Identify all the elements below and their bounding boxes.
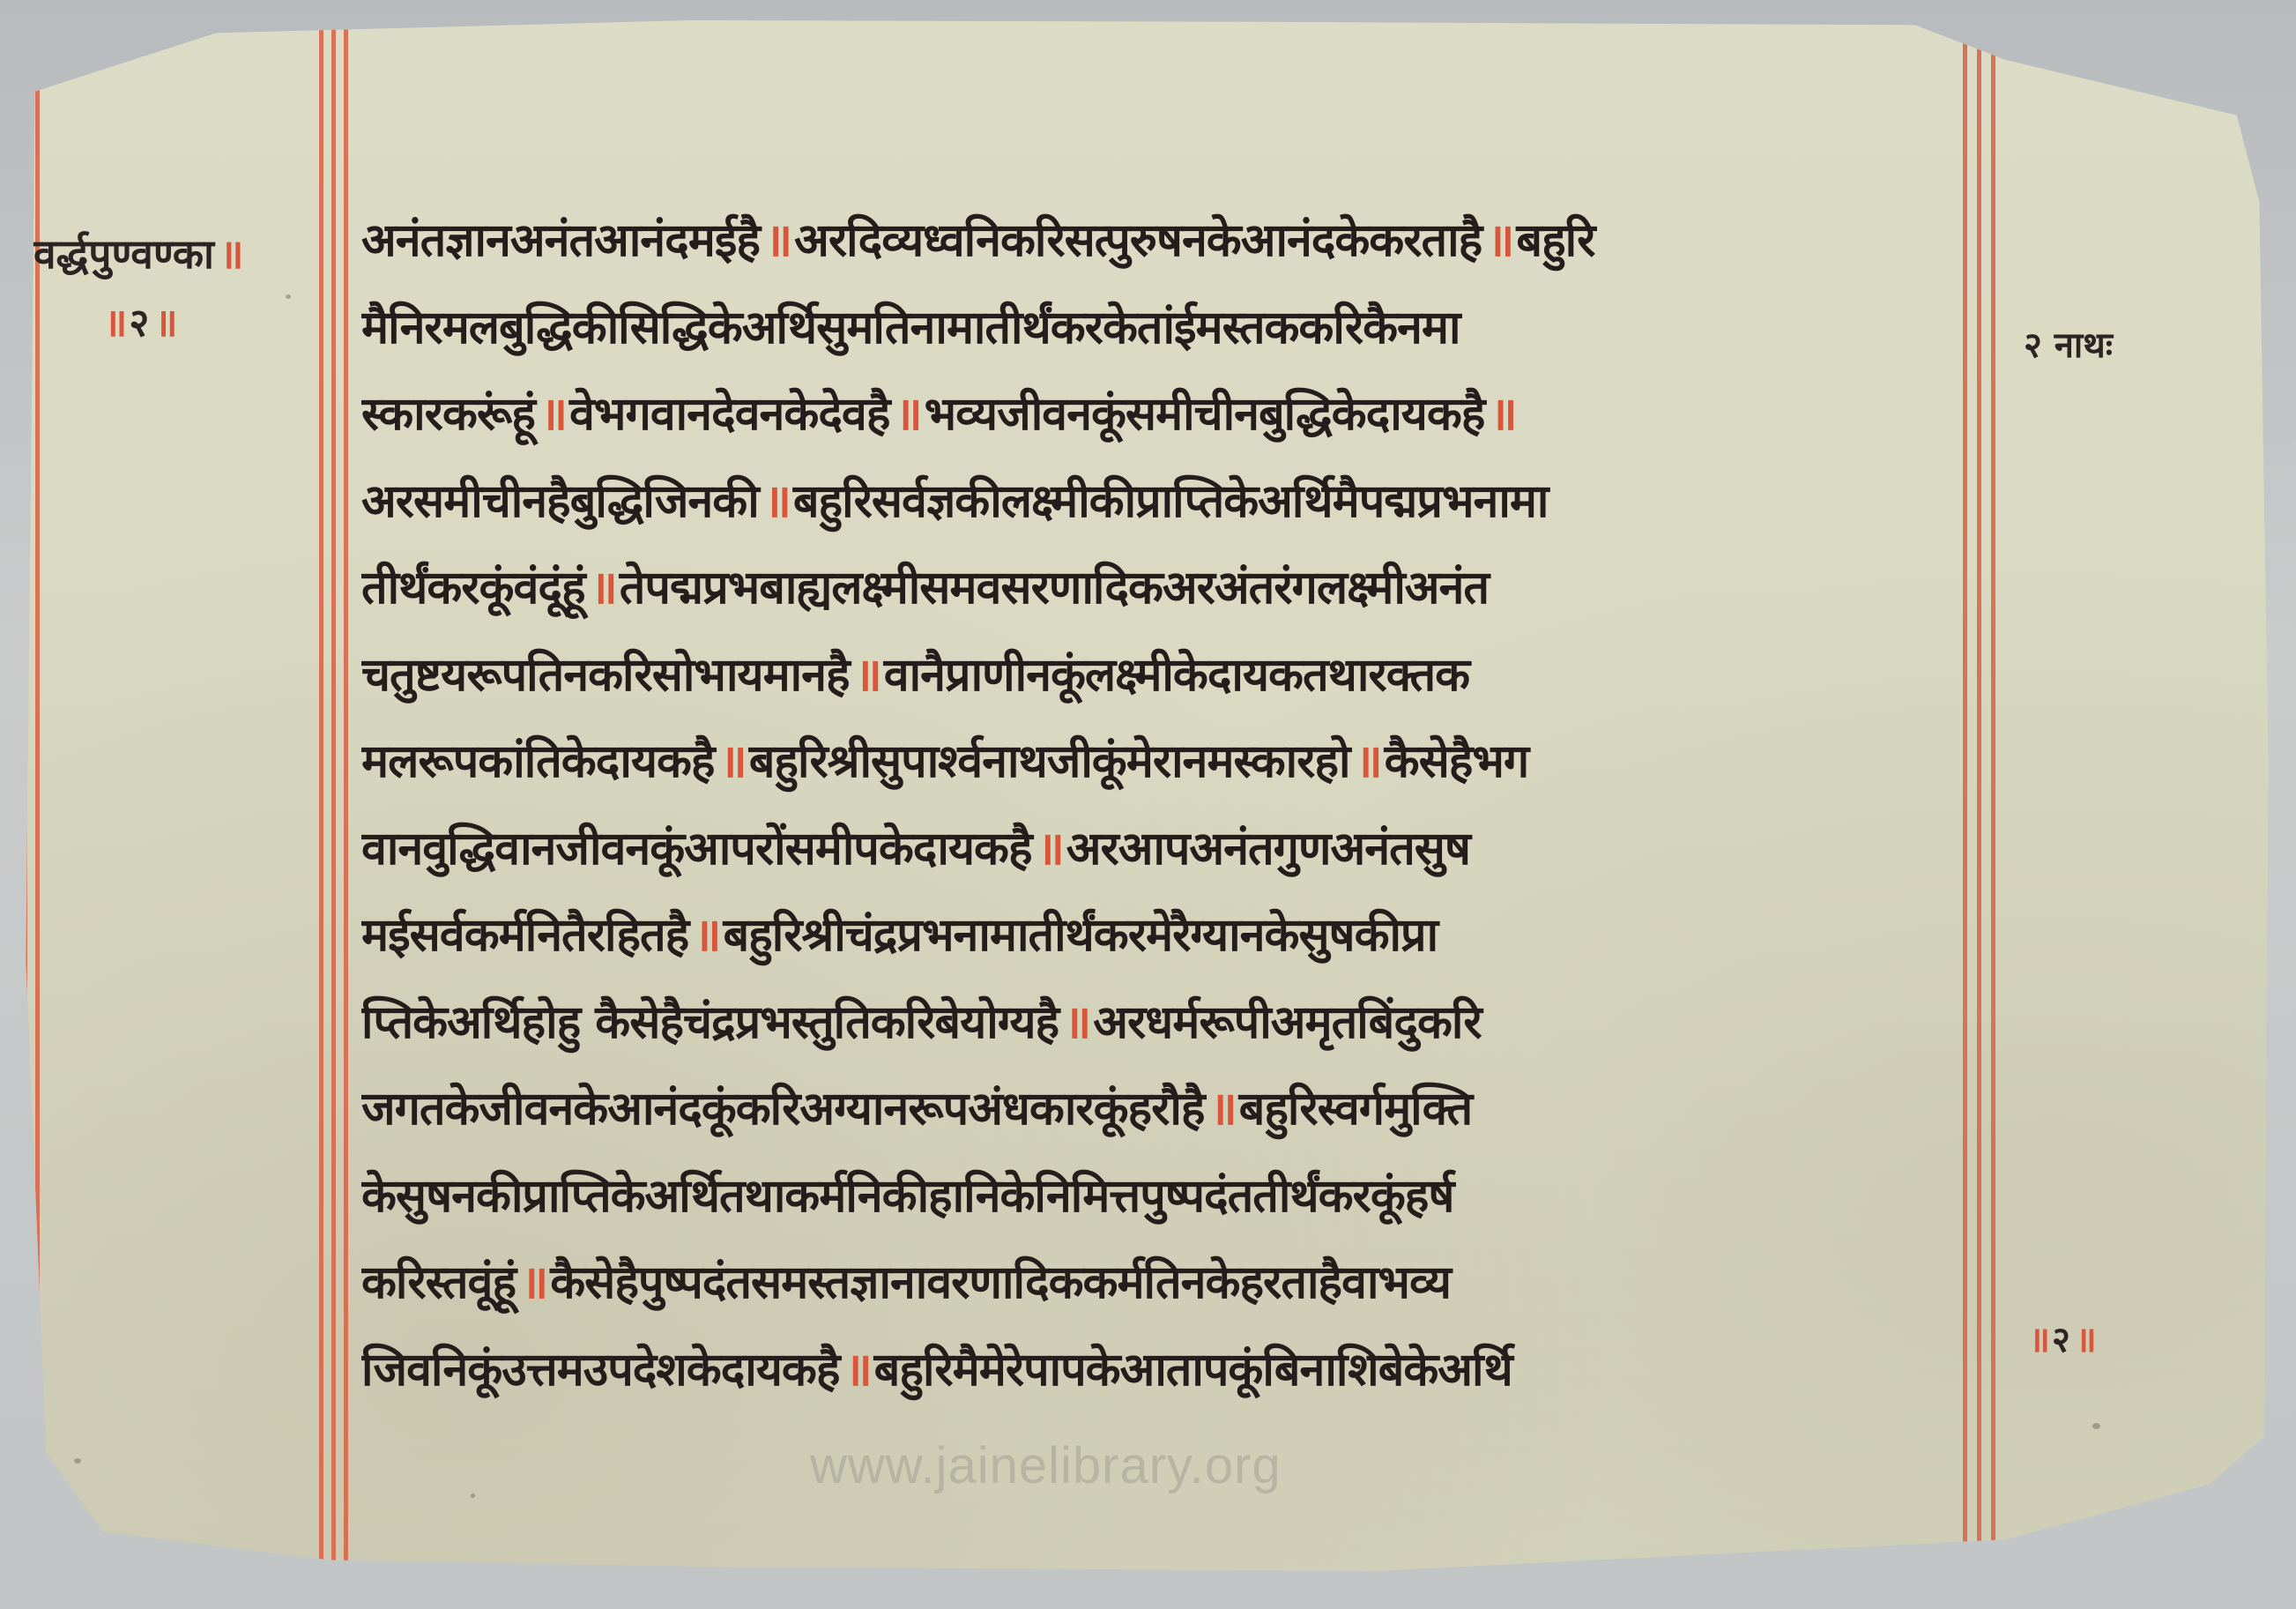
line-text: वानैप्राणीनकूंलक्ष्मीकेदायकतथारक्तक (884, 648, 1469, 702)
line-text: तेपद्मप्रभबाह्यलक्ष्मीसमवसरणादिकअरअंतरंग… (620, 561, 1489, 615)
line-text: चतुष्टयरूपतिनकरिसोभायमानहै (361, 648, 850, 702)
left-folio-number-text: २ (129, 301, 149, 346)
danda-mark: ॥ (99, 301, 129, 346)
line-text: जिवनिकूंउत्तमउपदेशकेदायकहै (361, 1343, 839, 1397)
danda-mark: ॥ (2024, 1319, 2052, 1360)
right-margin-folio-number: ॥२॥ (2024, 1314, 2099, 1362)
line-text: अरआपअनंतगुणअनंतसुष (1066, 822, 1470, 875)
line-text: कैसेहैभग (1385, 734, 1529, 788)
danda-mark: ॥ (214, 230, 246, 278)
line-text: मैनिरमलबुद्धिकीसिद्धिकेअर्थिसुमतिनामातीर… (361, 301, 1460, 354)
line-text: बहुरिस्वर्गमुक्ति (1239, 1082, 1473, 1136)
danda-mark: ॥ (149, 301, 179, 346)
danda-mark: ॥ (759, 474, 793, 528)
danda-mark: ॥ (535, 387, 569, 441)
danda-mark: ॥ (1032, 822, 1066, 875)
line-text: बहुरि (1516, 213, 1594, 267)
manuscript-line: मलरूपकांतिकेदायकहै॥बहुरिश्रीसुपार्श्वनाथ… (361, 719, 1994, 806)
line-text: भव्यजीवनकूंसमीचीनबुद्धिकेदायकहै (925, 387, 1485, 441)
danda-mark: ॥ (1204, 1082, 1238, 1136)
manuscript-line: अनंतज्ञानअनंतआनंदमईहै॥अरदिव्यध्वनिकरिसत्… (361, 197, 1994, 285)
left-text-ruling-1 (319, 12, 323, 1595)
danda-mark: ॥ (850, 648, 884, 702)
line-text: बहुरिश्रीसुपार्श्वनाथजीकूंमेरानमस्कारहो (749, 734, 1350, 788)
manuscript-line: मैनिरमलबुद्धिकीसिद्धिकेअर्थिसुमतिनामातीर… (361, 285, 1994, 372)
watermark: www.jainelibrary.org (810, 1436, 1282, 1495)
manuscript-line: जगतकेजीवनकेआनंदकूंकरिअग्यानरूपअंधकारकूंह… (361, 1066, 1994, 1153)
line-text: बहुरिसर्वज्ञकीलक्ष्मीकीप्राप्तिकेअर्थिमै… (793, 474, 1549, 528)
danda-mark: ॥ (1059, 995, 1093, 1049)
danda-mark: ॥ (1484, 387, 1519, 441)
danda-mark: ॥ (760, 213, 794, 267)
danda-mark: ॥ (2070, 1319, 2099, 1360)
line-text: कैसेहैपुष्पदंतसमस्तज्ञानावरणादिककर्मतिनक… (550, 1255, 1451, 1309)
danda-mark: ॥ (889, 387, 924, 441)
line-text: तीर्थंकरकूंवंदूंहूं (361, 561, 585, 615)
manuscript-line: करिस्तवूंहूं॥कैसेहैपुष्पदंतसमस्तज्ञानावर… (361, 1240, 1994, 1327)
danda-mark: ॥ (516, 1255, 550, 1309)
danda-mark: ॥ (839, 1343, 873, 1397)
paper-speck (74, 1458, 81, 1464)
manuscript-line: केसुषनकीप्राप्तिकेअर्थितथाकर्मनिकीहानिके… (361, 1153, 1994, 1240)
line-text: वानवुद्धिवानजीवनकूंआपरोंसमीपकेदायकहै (361, 822, 1032, 875)
line-text: अरधर्मरूपीअमृतबिंदुकरि (1093, 995, 1481, 1049)
manuscript-folio: वर्द्धपुण्वण्का॥ ॥२॥ २ नाथः ॥२॥ अनंतज्ञा… (12, 12, 2277, 1595)
manuscript-line: अरसमीचीनहैबुद्धिजिनकी॥बहुरिसर्वज्ञकीलक्ष… (361, 458, 1994, 546)
line-text: अरदिव्यध्वनिकरिसत्पुरुषनकेआनंदकेकरताहै (794, 213, 1482, 267)
line-text: वेभगवानदेवनकेदेवहै (569, 387, 889, 441)
manuscript-line: चतुष्टयरूपतिनकरिसोभायमानहै॥वानैप्राणीनकू… (361, 632, 1994, 719)
left-text-ruling-3 (344, 12, 348, 1595)
manuscript-line: जिवनिकूंउत्तमउपदेशकेदायकहै॥बहुरिमैमेरेपा… (361, 1327, 1994, 1414)
line-text: मलरूपकांतिकेदायकहै (361, 734, 715, 788)
line-text: करिस्तवूंहूं (361, 1255, 516, 1309)
danda-mark: ॥ (1350, 734, 1385, 788)
line-text: मईसर्वकर्मनितैरहितहै (361, 908, 688, 962)
left-margin-title-text: वर्द्धपुण्वण्का (33, 230, 214, 278)
right-margin-note-text: २ नाथः (2024, 324, 2113, 366)
line-text: अनंतज्ञानअनंतआनंदमईहै (361, 213, 760, 267)
left-margin-folio-number: ॥२॥ (99, 294, 180, 347)
right-folio-number-text: २ (2052, 1319, 2070, 1360)
left-edge-ruling-1 (23, 12, 27, 1595)
danda-mark: ॥ (688, 908, 723, 962)
paper-speck (2092, 1423, 2100, 1429)
right-margin-note: २ नाथः (2024, 319, 2113, 368)
line-text: बहुरिमैमेरेपापकेआतापकूंबिनाशिबेकेअर्थि (874, 1343, 1512, 1397)
line-text: बहुरिश्रीचंद्रप्रभनामातीर्थंकरमेरैग्यानक… (723, 908, 1438, 962)
line-text: स्कारकरूंहूं (361, 387, 535, 441)
line-text: प्तिकेअर्थिहोहु कैसेहैचंद्रप्रभस्तुतिकरि… (361, 995, 1059, 1049)
manuscript-line: मईसर्वकर्मनितैरहितहै॥बहुरिश्रीचंद्रप्रभन… (361, 892, 1994, 980)
left-text-ruling-2 (331, 12, 336, 1595)
line-text: अरसमीचीनहैबुद्धिजिनकी (361, 474, 759, 528)
danda-mark: ॥ (715, 734, 749, 788)
danda-mark: ॥ (585, 561, 620, 615)
line-text: केसुषनकीप्राप्तिकेअर्थितथाकर्मनिकीहानिके… (361, 1169, 1453, 1223)
paper-speck (471, 1494, 475, 1498)
line-text: जगतकेजीवनकेआनंदकूंकरिअग्यानरूपअंधकारकूंह… (361, 1082, 1204, 1136)
left-margin-title: वर्द्धपुण्वण्का॥ (33, 226, 246, 280)
manuscript-text-block: अनंतज्ञानअनंतआनंदमईहै॥अरदिव्यध्वनिकरिसत्… (361, 197, 1994, 1413)
manuscript-line: वानवुद्धिवानजीवनकूंआपरोंसमीपकेदायकहै॥अरआ… (361, 806, 1994, 893)
manuscript-line: तीर्थंकरकूंवंदूंहूं॥तेपद्मप्रभबाह्यलक्ष्… (361, 545, 1994, 632)
danda-mark: ॥ (1482, 213, 1516, 267)
manuscript-line: प्तिकेअर्थिहोहु कैसेहैचंद्रप्रभस्तुतिकरि… (361, 980, 1994, 1067)
paper-speck (286, 294, 291, 299)
manuscript-line: स्कारकरूंहूं॥वेभगवानदेवनकेदेवहै॥भव्यजीवन… (361, 371, 1994, 458)
